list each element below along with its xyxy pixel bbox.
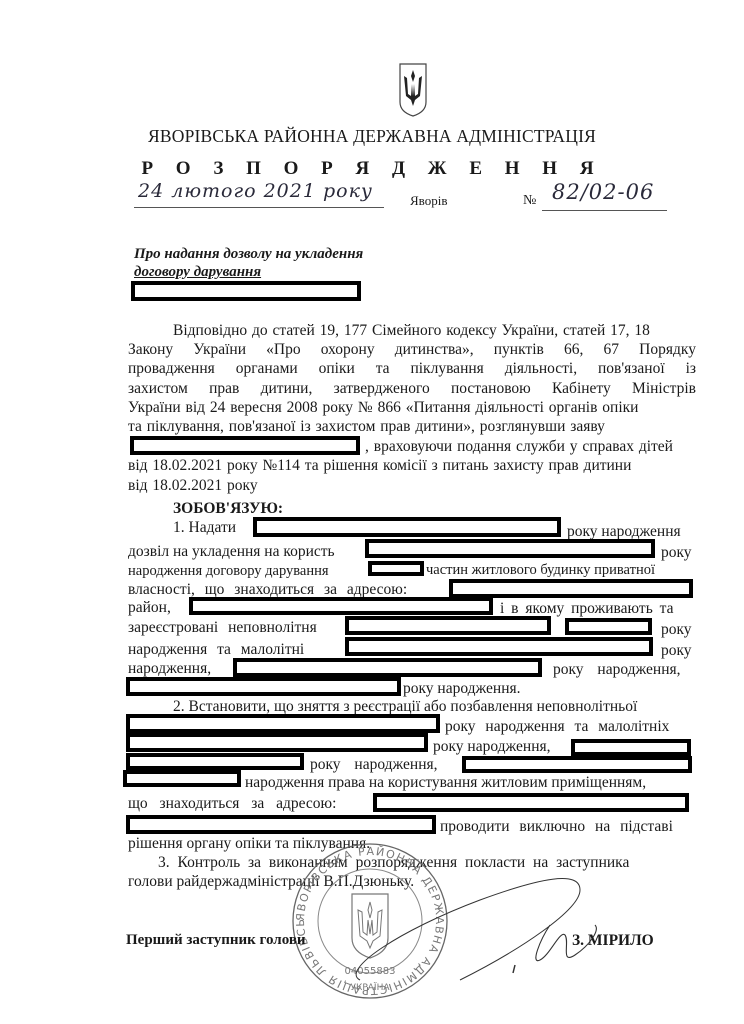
preamble-word: Порядку <box>639 341 696 359</box>
redaction-box <box>126 815 436 834</box>
preamble-line: , враховуючи подання служби у справах ді… <box>365 438 695 456</box>
item-2-text: року народження, <box>433 738 551 756</box>
redaction-box <box>345 637 653 656</box>
handwritten-signature <box>340 870 670 990</box>
preamble-word: та <box>376 360 390 378</box>
redaction-box <box>126 677 401 696</box>
redaction-box <box>373 793 689 812</box>
redaction-box <box>126 753 304 770</box>
item-1-text: зареєстровані неповнолітня <box>128 619 317 636</box>
preamble-word: Міністрів <box>632 380 696 398</box>
redaction-box <box>345 616 551 635</box>
preamble-line: ЗаконуУкраїни«Проохоронудитинства»,пункт… <box>128 341 696 359</box>
item-1-text: народження договору дарування <box>128 563 329 579</box>
redaction-box <box>123 770 241 787</box>
item-1-text: народження, <box>128 660 211 677</box>
preamble-word: дитини, <box>261 380 313 398</box>
preamble-line: України від 24 вересня 2008 року № 866 «… <box>128 399 696 417</box>
preamble-word: Кабінету <box>552 380 611 398</box>
preamble-word: пов'язаної <box>598 360 665 378</box>
item-2-text: проводити виключно на підставі <box>440 818 673 836</box>
preamble-line: від 18.02.2021 року <box>128 477 696 495</box>
item-1-text: народження та малолітні <box>128 641 304 658</box>
redaction-box <box>565 618 652 635</box>
preamble-word: органами <box>236 360 298 378</box>
item-1-text: року народження. <box>403 680 521 698</box>
signer-title: Перший заступник голови <box>126 932 306 949</box>
item-2-text: 2. Встановити, що зняття з реєстрації аб… <box>173 698 637 715</box>
redaction-box <box>365 539 655 558</box>
redaction-box <box>131 281 361 301</box>
item-1-text: 1. Надати <box>173 519 236 536</box>
subject-line-2: договору дарування <box>134 263 363 281</box>
preamble-word: із <box>686 360 696 378</box>
redaction-box <box>449 579 693 598</box>
preamble-word: опіки <box>319 360 355 378</box>
document-type: Р О З П О Р Я Д Ж Е Н Н Я <box>0 158 744 180</box>
trident-emblem-icon <box>398 62 428 118</box>
preamble-word: затвердженого <box>334 380 430 398</box>
city: Яворів <box>410 193 447 209</box>
redaction-box <box>233 658 542 677</box>
handwritten-date: 24 лютого 2021 року <box>138 180 373 202</box>
item-1-text: року <box>661 642 692 660</box>
item-1-text: район, <box>128 599 171 616</box>
item-2-text: року народження, <box>310 756 438 774</box>
preamble-word: 66, <box>564 341 583 359</box>
redaction-box <box>126 714 440 733</box>
redaction-box <box>189 597 493 615</box>
signer-name: З. МІРИЛО <box>572 932 654 950</box>
preamble-word: Закону <box>128 341 173 359</box>
item-2-text: що знаходиться за адресою: <box>128 795 336 812</box>
subject: Про надання дозволу на укладення договор… <box>134 245 363 281</box>
handwritten-number: 82/02-06 <box>552 180 654 204</box>
preamble-word: провадження <box>128 360 215 378</box>
redaction-box <box>130 436 360 455</box>
redaction-box <box>253 517 561 537</box>
resolve-heading: ЗОБОВ'ЯЗУЮ: <box>173 500 283 518</box>
preamble-line: від 18.02.2021 року №114 та рішення комі… <box>128 457 696 475</box>
redaction-box <box>462 756 692 773</box>
preamble-word: дитинства», <box>395 341 474 359</box>
item-1-text: частин житлового будинку приватної <box>426 562 655 579</box>
agency-name: ЯВОРІВСЬКА РАЙОННА ДЕРЖАВНА АДМІНІСТРАЦІ… <box>0 126 744 147</box>
preamble-word: піклування <box>410 360 483 378</box>
number-sign: № <box>523 193 536 209</box>
item-1-text: дозвіл на укладення на користь <box>128 543 335 560</box>
preamble-line: захистомправдитини,затвердженогопостанов… <box>128 380 696 398</box>
redaction-box <box>126 733 428 752</box>
preamble-word: постановою <box>451 380 531 398</box>
redaction-box <box>368 561 424 576</box>
preamble-word: охорону <box>321 341 375 359</box>
subject-line-1: Про надання дозволу на укладення <box>134 245 363 263</box>
preamble-line: Відповідно до статей 19, 177 Сімейного к… <box>128 322 696 340</box>
date-underline <box>134 207 384 208</box>
preamble-word: діяльності, <box>505 360 577 378</box>
preamble-word: прав <box>209 380 239 398</box>
item-1-text: власності, що знаходиться за адресою: <box>128 581 407 598</box>
item-2-text: народження права на користування житлови… <box>245 774 646 792</box>
item-1-text: року народження, <box>553 661 681 679</box>
redaction-box <box>571 739 691 756</box>
preamble-word: «Про <box>266 341 300 359</box>
number-underline <box>542 210 667 211</box>
preamble-line: та піклування, пов'язаної із захистом пр… <box>128 418 696 436</box>
preamble-word: 67 <box>604 341 620 359</box>
item-1-text: року <box>661 544 692 562</box>
preamble-word: пунктів <box>494 341 544 359</box>
item-2-text: року народження та малолітніх <box>445 718 669 736</box>
preamble-word: захистом <box>128 380 188 398</box>
preamble-line: провадженняорганамиопікитапіклуваннядіял… <box>128 360 696 378</box>
item-1-text: року <box>661 621 692 639</box>
preamble-word: України <box>193 341 246 359</box>
